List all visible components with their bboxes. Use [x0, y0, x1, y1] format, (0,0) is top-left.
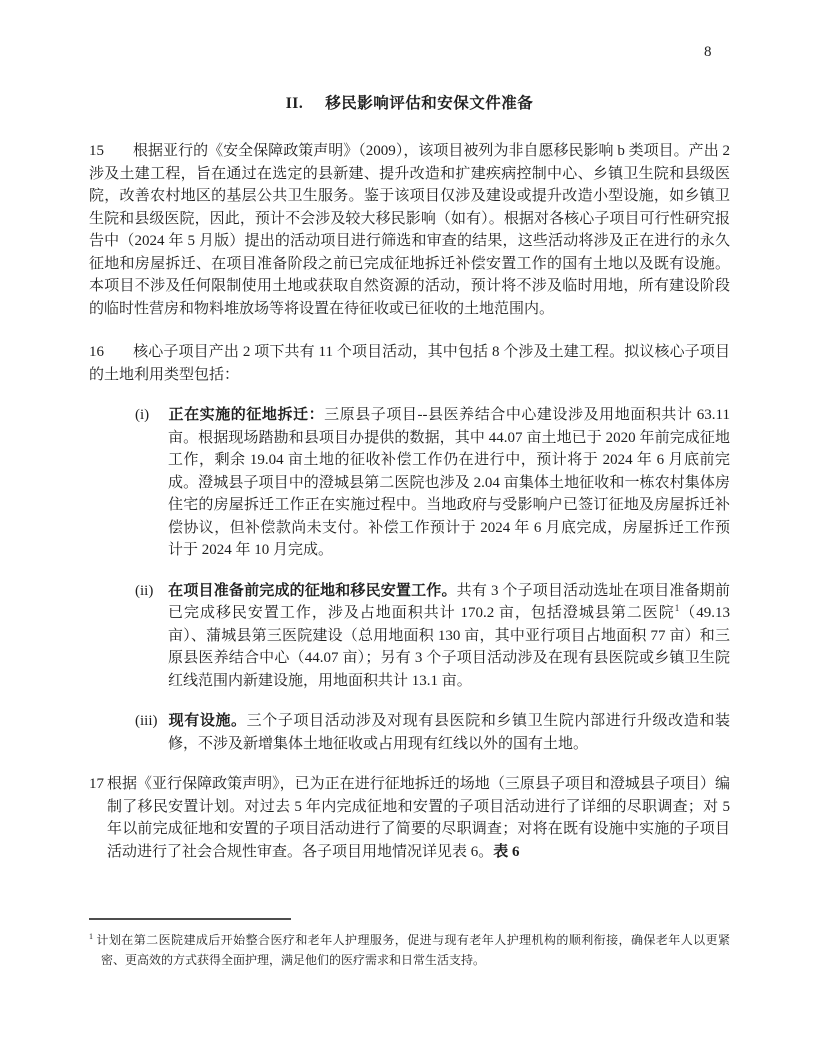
footnote-separator-line — [89, 918, 291, 920]
paragraph-16-text: 核心子项目产出 2 项下共有 11 个项目活动，其中包括 8 个涉及土建工程。拟… — [89, 344, 730, 383]
list-item-iii-label: 现有设施。 — [168, 713, 247, 729]
paragraph-17-text: 根据《亚行保障政策声明》，已为正在进行征地拆迁的场地（三原县子项目和澄城县子项目… — [107, 776, 730, 860]
list-item-i-marker: (i) — [135, 404, 168, 427]
footnote-1: 1计划在第二医院建成后开始整合医疗和老年人护理服务，促进与现有老年人护理机构的顺… — [89, 930, 730, 970]
list-item-ii-marker: (ii) — [135, 580, 168, 603]
list-item-i-text: 三原县子项目--县医养结合中心建设涉及用地面积共计 63.11 亩。根据现场踏勘… — [168, 407, 730, 558]
list-item-i: (i)正在实施的征地拆迁：三原县子项目--县医养结合中心建设涉及用地面积共计 6… — [135, 404, 730, 562]
list-item-i-label: 正在实施的征地拆迁： — [168, 407, 324, 423]
paragraph-16: 16核心子项目产出 2 项下共有 11 个项目活动，其中包括 8 个涉及土建工程… — [89, 341, 730, 386]
paragraph-16-number: 16 — [89, 341, 133, 364]
document-page: 8 II.移民影响评估和安保文件准备 15根据亚行的《安全保障政策声明》（200… — [0, 0, 816, 1056]
footnote-section: 1计划在第二医院建成后开始整合医疗和老年人护理服务，促进与现有老年人护理机构的顺… — [89, 918, 730, 970]
list-item-iii-text: 三个子项目活动涉及对现有县医院和乡镇卫生院内部进行升级改造和装修，不涉及新增集体… — [168, 713, 730, 752]
footnote-1-text: 计划在第二医院建成后开始整合医疗和老年人护理服务，促进与现有老年人护理机构的顺利… — [96, 933, 730, 967]
paragraph-15-number: 15 — [89, 140, 133, 163]
section-heading-title: 移民影响评估和安保文件准备 — [325, 95, 533, 112]
footnote-1-marker: 1 — [89, 932, 93, 941]
list-item-iii: (iii)现有设施。三个子项目活动涉及对现有县医院和乡镇卫生院内部进行升级改造和… — [135, 710, 730, 755]
list-item-iii-marker: (iii) — [135, 710, 168, 733]
table-6-reference: 表 6 — [493, 844, 519, 860]
paragraph-17-number: 17 — [89, 773, 107, 796]
section-heading-numeral: II. — [286, 95, 303, 112]
section-heading: II.移民影响评估和安保文件准备 — [89, 93, 730, 115]
page-content: II.移民影响评估和安保文件准备 15根据亚行的《安全保障政策声明》（2009）… — [89, 0, 730, 863]
paragraph-15-text: 根据亚行的《安全保障政策声明》（2009），该项目被列为非自愿移民影响 b 类项… — [89, 143, 730, 317]
paragraph-15: 15根据亚行的《安全保障政策声明》（2009），该项目被列为非自愿移民影响 b … — [89, 140, 730, 320]
list-item-ii: (ii)在项目准备前完成的征地和移民安置工作。共有 3 个子项目活动选址在项目准… — [135, 580, 730, 693]
list-item-ii-label: 在项目准备前完成的征地和移民安置工作。 — [168, 583, 457, 599]
paragraph-17: 17根据《亚行保障政策声明》，已为正在进行征地拆迁的场地（三原县子项目和澄城县子… — [89, 773, 730, 863]
